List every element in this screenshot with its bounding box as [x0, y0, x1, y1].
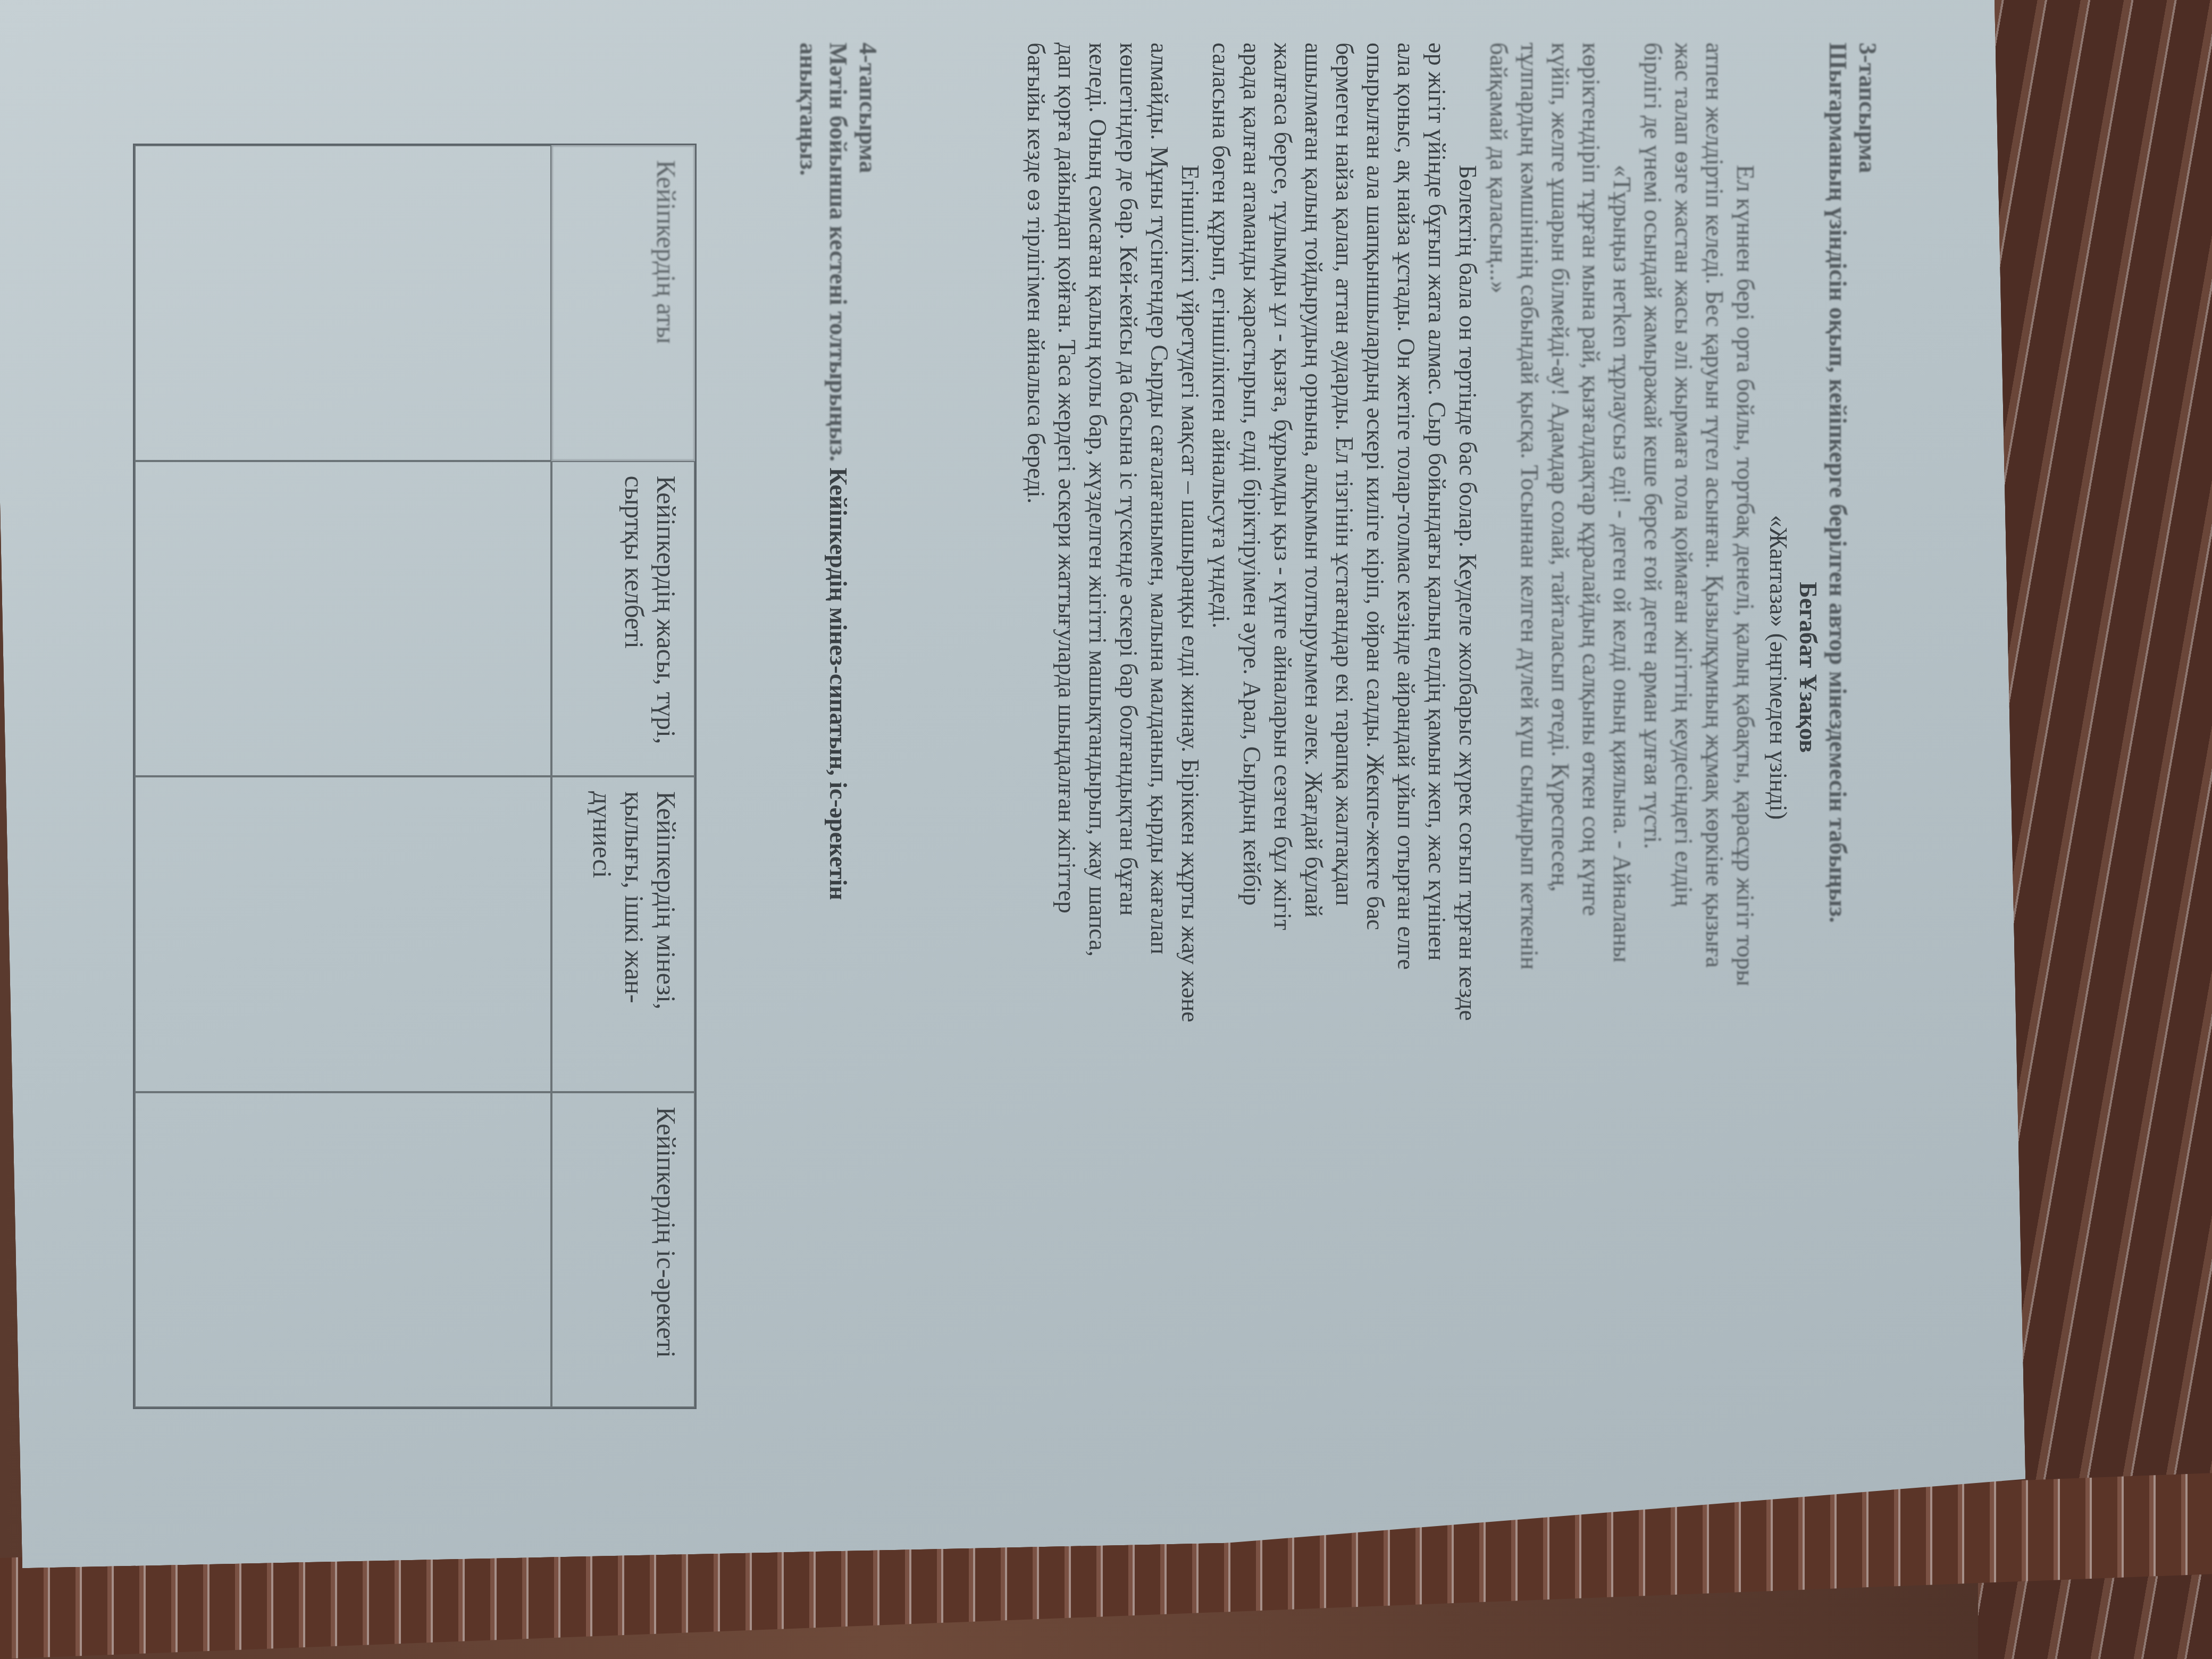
story-line: тұлпардың кәмшінінің сабындай қысқа. Тос… — [1514, 43, 1544, 970]
story-author: Бегабат Ұзақов — [1793, 43, 1823, 1292]
story-line: «Тұрыңыз нетken тұрлаусыз еді! - деген о… — [1607, 43, 1637, 962]
story-line: күйіп, желге ұшарын білмейді-ау! Адамдар… — [1545, 43, 1575, 892]
header-actions: Кейіпкердің іс-әрекеті — [551, 1092, 695, 1408]
story-line: жалғаса берсе, тұлымды ұл - қызға, бұрым… — [1268, 43, 1297, 930]
story-line: Бөлектің бала он төртінде бас болар. Кеу… — [1453, 43, 1482, 1021]
story-line: алмайды. Мұны түсінгендер Сырды сағалаға… — [1144, 43, 1174, 954]
story-line: дап қорға дайындап қойған. Таса жердегі … — [1052, 43, 1082, 914]
table-cell-appearance[interactable] — [135, 461, 551, 777]
header-name: Кейіпкердің аты — [551, 145, 695, 461]
task4-instruction-start: Мәтін бойынша кестені толтырыңыз. — [825, 43, 852, 462]
story-line: жас талап өзге жастан жасы әлі жырмаға т… — [1669, 43, 1698, 906]
task3-label: 3-тапсырма — [1853, 43, 1882, 173]
story-line: ала қоныс, ақ найза ұстады. Он жетіге то… — [1391, 43, 1421, 970]
story-line: келеді. Оның сәмсаған қалың қолы бар, жү… — [1083, 43, 1112, 957]
story-line: арада қалған атаманды жарастырып, елді б… — [1237, 43, 1267, 906]
story-title: «Жантаза» (әңгімеден үзінді) — [1763, 43, 1793, 1292]
story-line: атпен желдіртіп келеді. Бес қаруын түгел… — [1699, 43, 1729, 968]
story-line: ашылмаған қалың тойдырудың орнына, алқым… — [1298, 43, 1328, 917]
document-page: 3-тапсырма Шығарманың үзіндісін оқып, ке… — [106, 43, 1893, 1436]
story-line: опырылған ала шапқыншылардың әскері килі… — [1360, 43, 1390, 930]
table-cell-actions[interactable] — [135, 1092, 551, 1408]
task4-instruction: Мәтін бойынша кестені толтырыңыз. Кейіпк… — [823, 43, 853, 900]
story-line: көшетіндер де бар. Кей-кейсы да басына і… — [1113, 43, 1143, 916]
story-line: бірлігі де үнемі осындай жамыражай кеше … — [1638, 43, 1668, 849]
task4-instruction-end: анықтаңыз. — [793, 43, 823, 175]
header-character: Кейіпкердің мінезі, қылығы, ішкі жан-дүн… — [551, 776, 695, 1092]
story-line: көріктендіріп тұрған мына рай, қызғалдақ… — [1576, 43, 1606, 916]
story-line: Егіншілікті үйретудегі мақсат – шашыраңқ… — [1175, 43, 1205, 1023]
story-line: бағыйы кезде өз тірлігімен айналыса бере… — [1021, 43, 1051, 504]
table-cell-character[interactable] — [135, 776, 551, 1092]
story-line: байқамай да қаласың...» — [1484, 43, 1513, 294]
character-table: Кейіпкердің аты Кейіпкердің жасы, түрі, … — [133, 144, 697, 1409]
table-cell-name[interactable] — [135, 145, 551, 461]
task3-instruction: Шығарманың үзіндісін оқып, кейіпкерге бе… — [1823, 43, 1853, 923]
story-line: бермеген найза қалап, аттан аударды. Ел … — [1329, 43, 1359, 906]
story-line: саласына бөген құрып, егіншілікпен айнал… — [1206, 43, 1236, 629]
header-appearance: Кейіпкердің жасы, түрі, сыртқы келбеті — [551, 461, 695, 777]
task4-instruction-rest: Кейіпкердің мінез-сипатын, іс-әрекетін — [825, 468, 852, 900]
story-line: Ел күннен бері орта бойлы, тортбақ денел… — [1730, 43, 1760, 986]
task4-label: 4-тапсырма — [853, 43, 883, 173]
story-line: әр жігіт үйінде бұғып жата алмас. Сыр бо… — [1422, 43, 1452, 961]
